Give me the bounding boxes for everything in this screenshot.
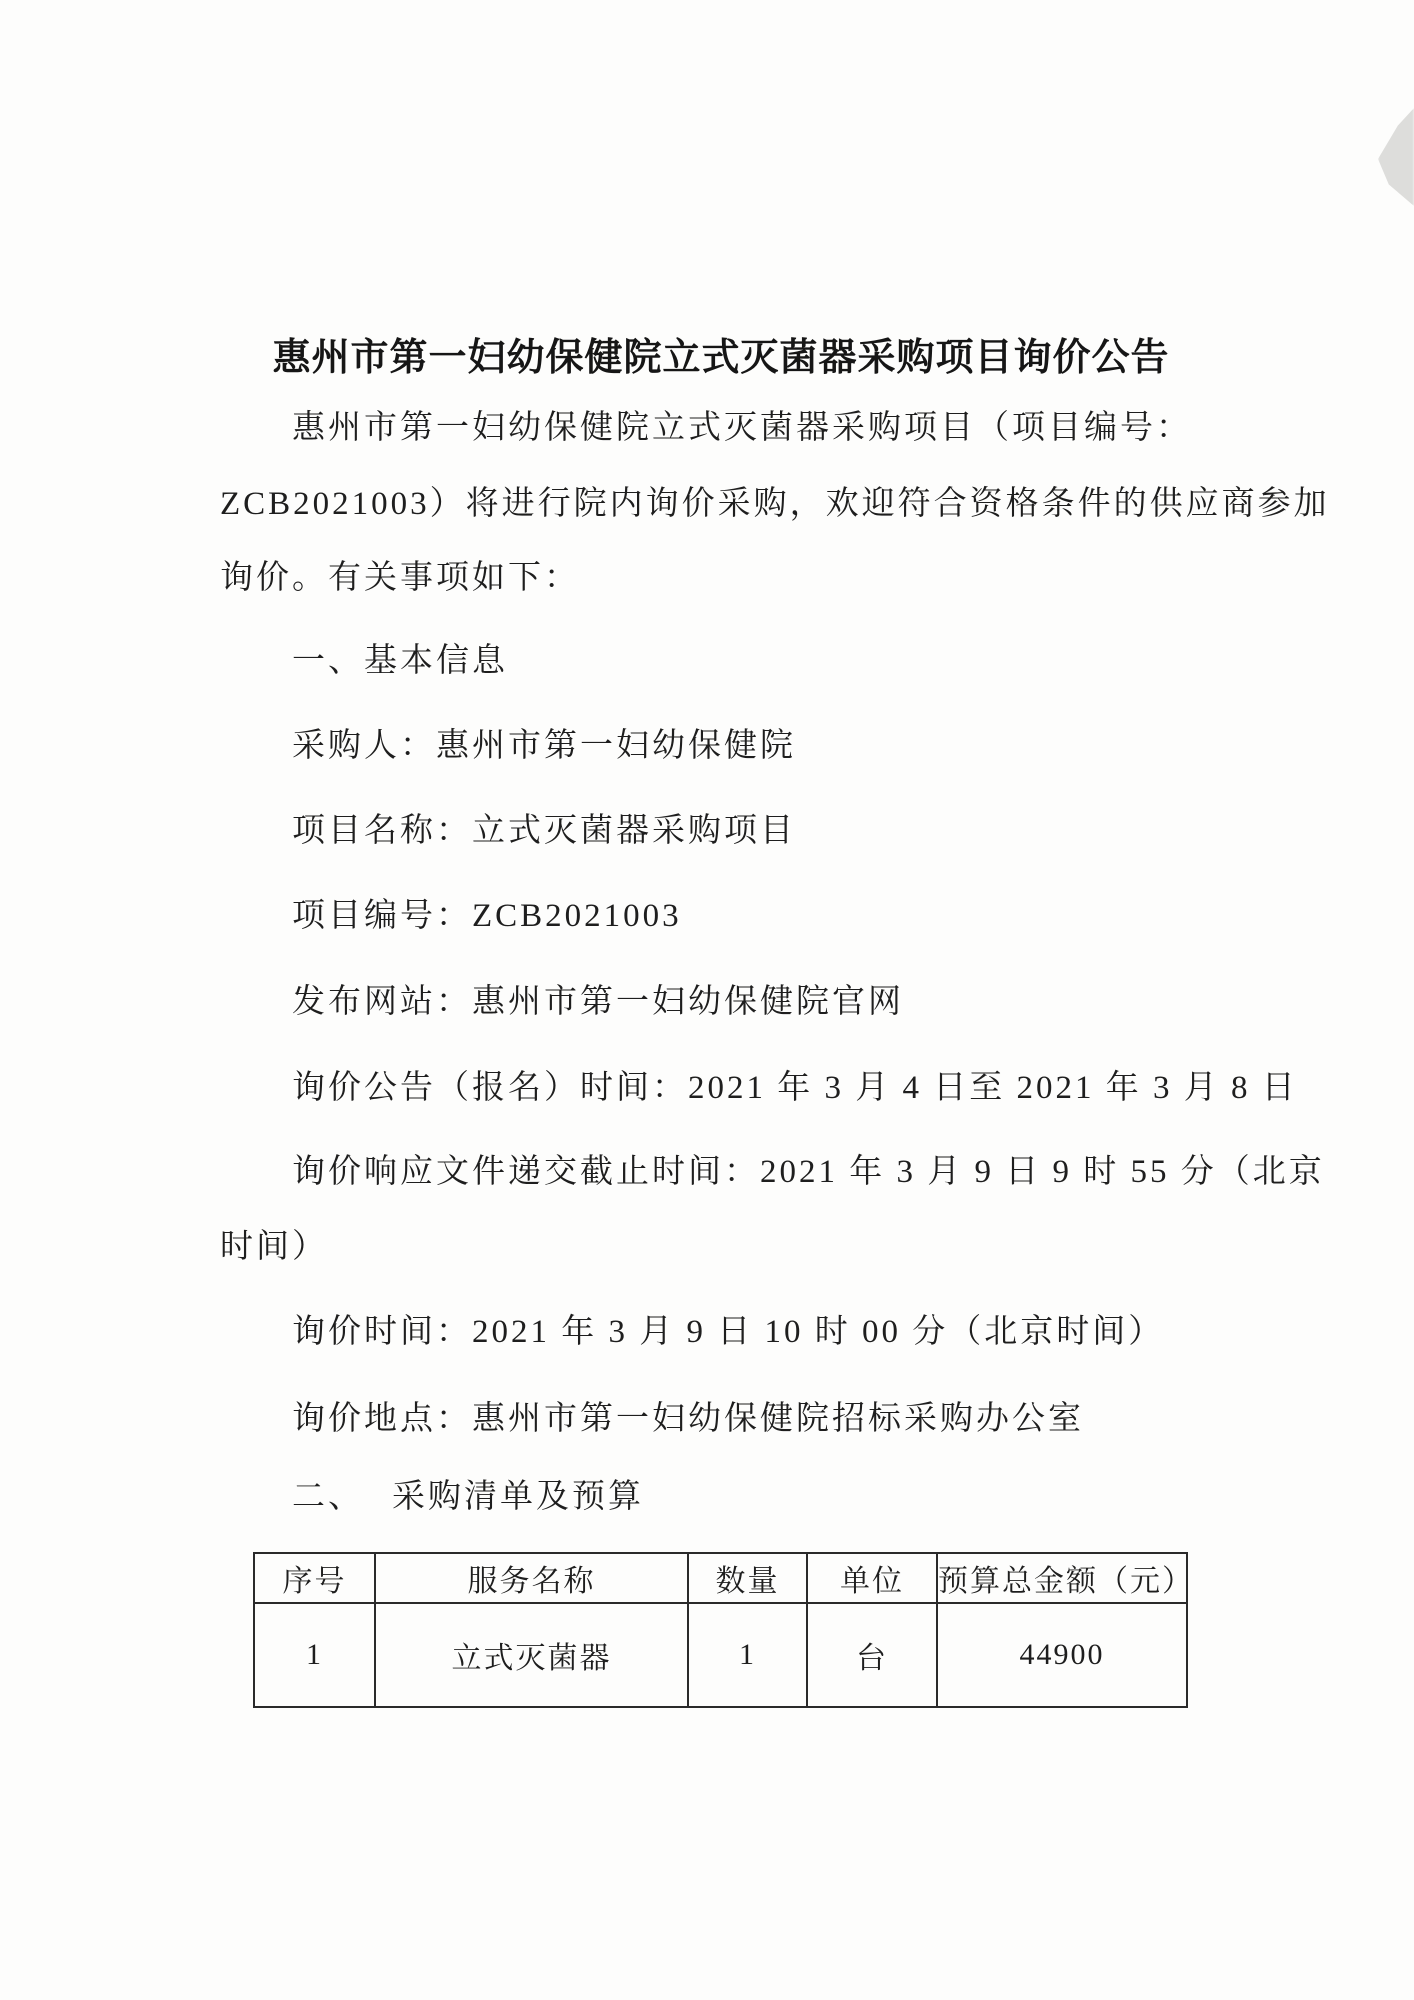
cell-index: 1	[254, 1603, 375, 1707]
info-project-number: 项目编号：ZCB2021003	[292, 896, 682, 937]
header-cell-index: 序号	[254, 1553, 375, 1603]
scan-smudge-artifact	[1378, 108, 1414, 206]
header-cell-unit: 单位	[807, 1553, 937, 1603]
intro-line-3: 询价。有关事项如下：	[220, 558, 580, 599]
info-inquiry-place: 询价地点：惠州市第一妇幼保健院招标采购办公室	[292, 1399, 1084, 1440]
info-purchaser: 采购人：惠州市第一妇幼保健院	[292, 726, 796, 767]
table-row: 1 立式灭菌器 1 台 44900	[254, 1603, 1187, 1707]
cell-service: 立式灭菌器	[375, 1603, 688, 1707]
section2-number: 二、	[292, 1479, 364, 1515]
procurement-table: 序号 服务名称 数量 单位 预算总金额（元） 1 立式灭菌器 1 台 44900	[253, 1552, 1188, 1708]
info-announcement-time: 询价公告（报名）时间：2021 年 3 月 4 日至 2021 年 3 月 8 …	[292, 1068, 1298, 1109]
section2-heading: 采购清单及预算	[392, 1479, 644, 1515]
table-header-row: 序号 服务名称 数量 单位 预算总金额（元）	[254, 1553, 1187, 1603]
header-cell-quantity: 数量	[688, 1553, 807, 1603]
section1-heading: 一、基本信息	[292, 641, 508, 682]
document-page: 惠州市第一妇幼保健院立式灭菌器采购项目询价公告 惠州市第一妇幼保健院立式灭菌器采…	[0, 0, 1414, 2000]
title-row: 惠州市第一妇幼保健院立式灭菌器采购项目询价公告	[0, 326, 1414, 381]
header-cell-service: 服务名称	[375, 1553, 688, 1603]
info-deadline-line-2: 时间）	[220, 1227, 328, 1268]
info-project-name: 项目名称：立式灭菌器采购项目	[292, 811, 796, 852]
cell-budget: 44900	[937, 1603, 1187, 1707]
document-title: 惠州市第一妇幼保健院立式灭菌器采购项目询价公告	[272, 337, 1169, 379]
info-publish-website: 发布网站：惠州市第一妇幼保健院官网	[292, 982, 904, 1023]
section2-heading-row: 二、采购清单及预算	[292, 1477, 644, 1518]
info-deadline-line-1: 询价响应文件递交截止时间：2021 年 3 月 9 日 9 时 55 分（北京	[292, 1152, 1325, 1193]
intro-line-2: ZCB2021003）将进行院内询价采购，欢迎符合资格条件的供应商参加	[220, 484, 1330, 525]
cell-quantity: 1	[688, 1603, 807, 1707]
cell-unit: 台	[807, 1603, 937, 1707]
header-cell-budget: 预算总金额（元）	[937, 1553, 1187, 1603]
intro-line-1: 惠州市第一妇幼保健院立式灭菌器采购项目（项目编号：	[292, 408, 1192, 449]
info-inquiry-time: 询价时间：2021 年 3 月 9 日 10 时 00 分（北京时间）	[292, 1312, 1164, 1353]
